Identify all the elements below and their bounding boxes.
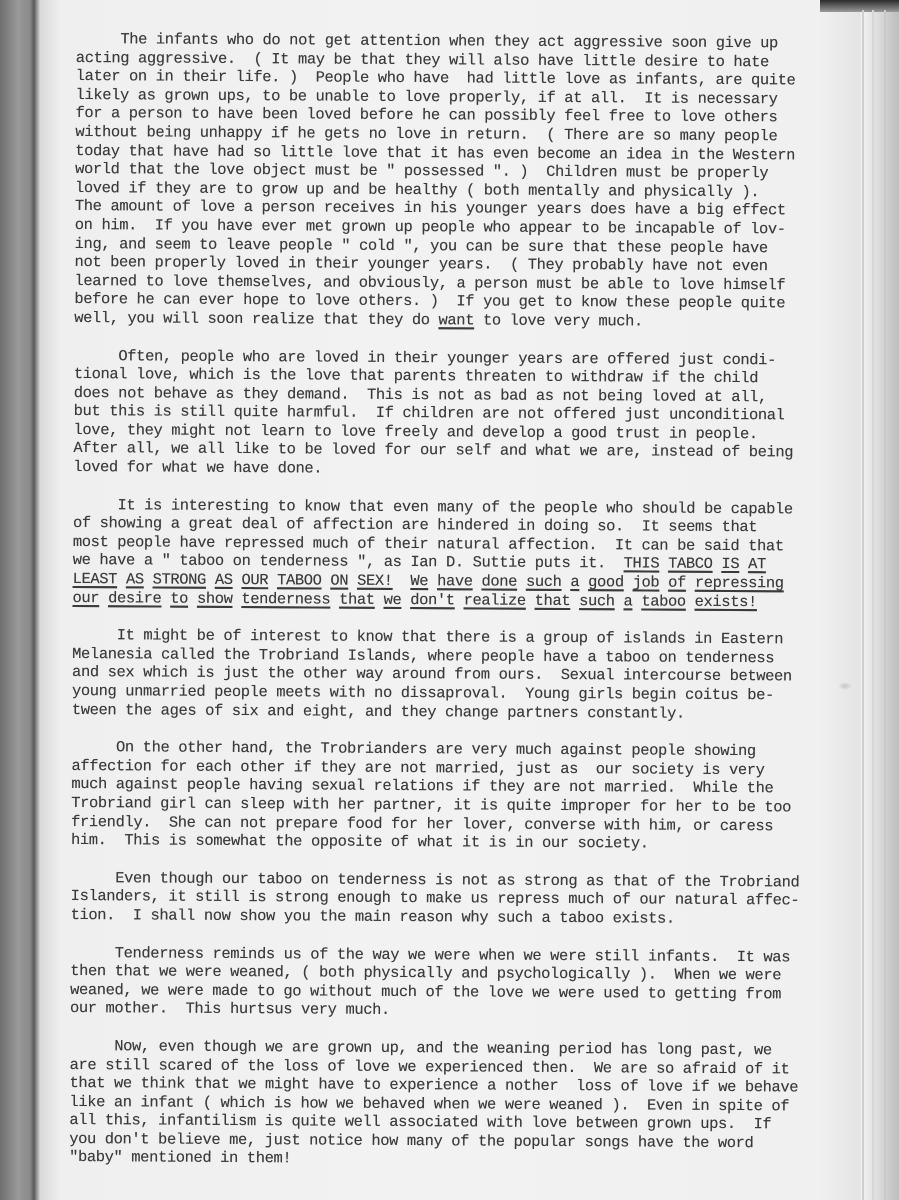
- underlined-word: a: [570, 573, 579, 591]
- underlined-word: ON: [330, 572, 348, 590]
- underlined-word: OUR: [241, 571, 268, 589]
- paragraph-trobriand-islands: It might be of interest to know that the…: [72, 626, 823, 724]
- underlined-word: STRONG: [153, 571, 206, 589]
- underlined-word: TABCO: [668, 555, 713, 573]
- underlined-word: THIS: [624, 555, 660, 573]
- underlined-word: that: [339, 590, 375, 608]
- underlined-word: realize: [464, 591, 526, 609]
- page-stack-edge: [862, 10, 864, 1200]
- text-line: "baby" mentioned in them!: [69, 1148, 819, 1171]
- scanned-page: The infants who do not get attention whe…: [0, 0, 899, 1200]
- underlined-word: done: [481, 573, 517, 591]
- underlined-word: of: [668, 574, 686, 592]
- underlined-word: AS: [126, 570, 144, 588]
- paragraph-weaning: Tenderness reminds us of the way we were…: [70, 944, 820, 1023]
- underlined-word: we: [384, 591, 402, 609]
- underlined-word: job: [633, 573, 660, 591]
- paragraph-taboo-on-tenderness: It is interesting to know that even many…: [72, 496, 823, 612]
- underlined-word: taboo: [641, 592, 686, 610]
- typewritten-body: The infants who do not get attention whe…: [69, 30, 826, 1191]
- underlined-word: TABOO: [277, 571, 322, 589]
- underlined-word: We: [410, 572, 428, 590]
- page-stack-edge: [884, 10, 886, 1200]
- underlined-word: LEAST: [73, 570, 118, 588]
- underlined-word: repressing: [695, 574, 784, 593]
- paragraph-infantilism: Now, even though we are grown up, and th…: [69, 1037, 820, 1172]
- underlined-word: IS: [721, 555, 739, 573]
- underlined-word: want: [439, 311, 475, 329]
- underlined-word: exists!: [695, 592, 757, 610]
- underlined-word: to: [170, 589, 188, 607]
- underlined-word: have: [437, 572, 473, 590]
- underlined-word: good: [588, 573, 624, 591]
- paragraph-trobriand-affection: On the other hand, the Trobrianders are …: [71, 738, 822, 854]
- underlined-word: AS: [215, 571, 233, 589]
- text-line: our desire to show tenderness that we do…: [72, 589, 822, 612]
- underlined-word: SEX!: [357, 572, 393, 590]
- underlined-word: show: [197, 589, 233, 607]
- underlined-word: desire: [108, 589, 161, 607]
- paragraph-infant-attention: The infants who do not get attention whe…: [74, 30, 826, 332]
- underlined-word: don't: [410, 591, 455, 609]
- underlined-word: a: [624, 592, 633, 610]
- paragraph-main-reason: Even though our taboo on tenderness is n…: [71, 869, 821, 929]
- underlined-word: such: [526, 573, 562, 591]
- underlined-word: that: [535, 591, 571, 609]
- underlined-word: AT: [748, 556, 766, 574]
- underlined-word: tenderness: [241, 590, 330, 609]
- paper-speck: [838, 682, 852, 690]
- underlined-word: our: [72, 589, 99, 607]
- underlined-word: such: [579, 592, 615, 610]
- page-stack-edge: [872, 10, 874, 1200]
- scan-shadow-top-right: [820, 0, 899, 12]
- paragraph-conditional-love: Often, people who are loved in their you…: [73, 346, 824, 481]
